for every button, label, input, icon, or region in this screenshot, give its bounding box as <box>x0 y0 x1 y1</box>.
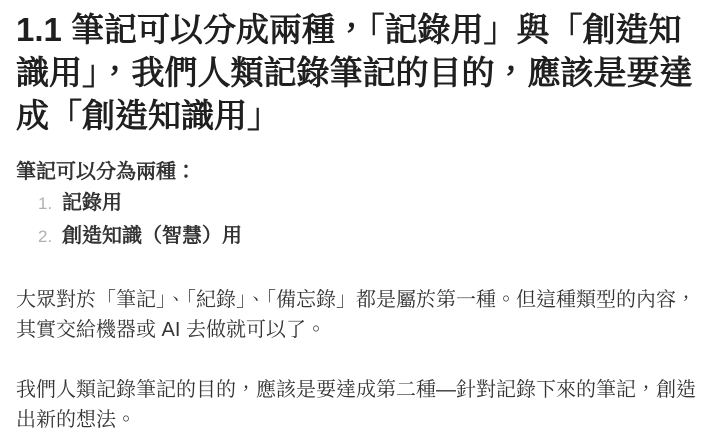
list-item-label: 記錄用 <box>62 187 122 219</box>
paragraph-2: 我們人類記錄筆記的目的，應該是要達成第二種—針對記錄下來的筆記，創造出新的想法。 <box>16 375 703 435</box>
paragraph-1: 大眾對於「筆記」、「紀錄」、「備忘錄」都是屬於第一種。但這種類型的內容，其實交給… <box>16 285 703 345</box>
list-item: 1. 記錄用 <box>16 187 703 220</box>
note-types-list: 1. 記錄用 2. 創造知識（智慧）用 <box>16 187 703 253</box>
list-item-label: 創造知識（智慧）用 <box>62 220 242 252</box>
intro-text: 筆記可以分為兩種： <box>16 157 703 187</box>
article-page: 1.1 筆記可以分成兩種，「記錄用」與「創造知識用」，我們人類記錄筆記的目的，應… <box>0 0 719 447</box>
list-item: 2. 創造知識（智慧）用 <box>16 220 703 253</box>
page-title: 1.1 筆記可以分成兩種，「記錄用」與「創造知識用」，我們人類記錄筆記的目的，應… <box>16 8 703 137</box>
list-item-number: 2. <box>38 221 57 253</box>
list-item-number: 1. <box>38 188 57 220</box>
